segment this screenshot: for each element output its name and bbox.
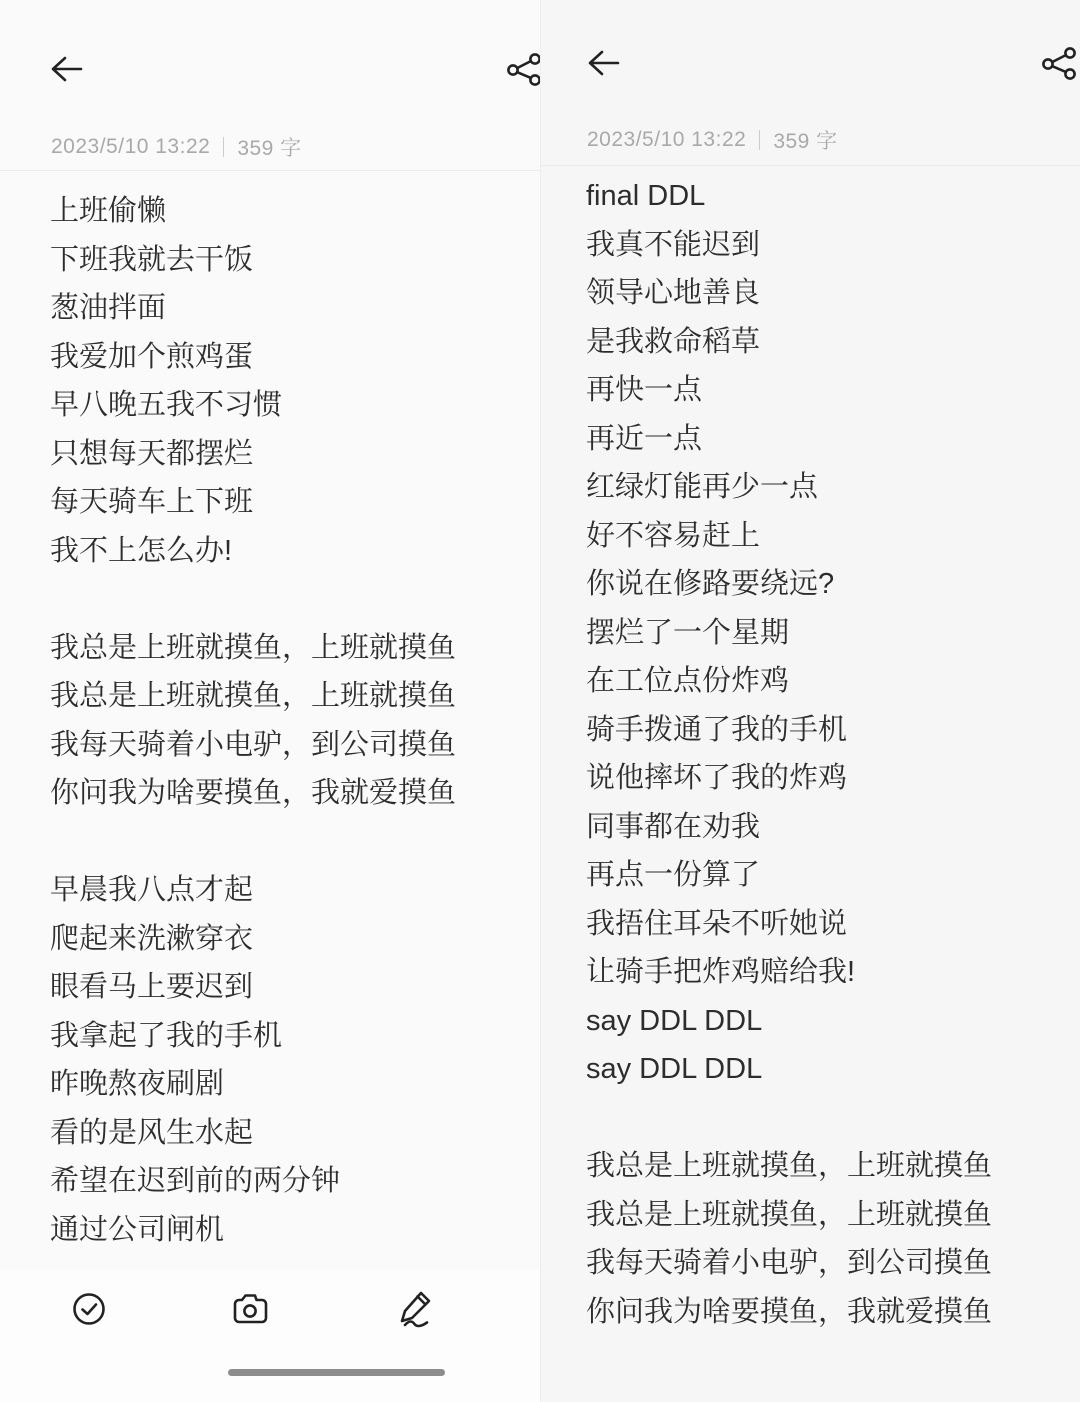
share-icon <box>1041 70 1079 85</box>
lyric-line: 是我救命稻草 <box>586 318 992 367</box>
lyric-line: 再近一点 <box>586 415 992 464</box>
lyric-line: say DDL DDL <box>586 997 992 1046</box>
note-body[interactable]: final DDL我真不能迟到领导心地善良是我救命稻草再快一点再近一点红绿灯能再… <box>586 172 992 1336</box>
lyric-line: 我不上怎么办! <box>50 527 456 576</box>
lyric-line: 昨晚熬夜刷剧 <box>50 1060 456 1109</box>
lyric-line: 我每天骑着小电驴，到公司摸鱼 <box>586 1239 992 1288</box>
lyric-line: 每天骑车上下班 <box>50 478 456 527</box>
note-screen-right: 2023/5/10 13:22 359 字 final DDL我真不能迟到领导心… <box>540 0 1080 1402</box>
back-button[interactable] <box>46 52 86 86</box>
note-date: 2023/5/10 13:22 <box>51 135 210 159</box>
note-date: 2023/5/10 13:22 <box>587 128 746 152</box>
lyric-line: 早晨我八点才起 <box>50 866 456 915</box>
lyric-line: 说他摔坏了我的炸鸡 <box>586 754 992 803</box>
back-arrow-icon <box>583 68 623 83</box>
lyric-line: 爬起来洗漱穿衣 <box>50 915 456 964</box>
camera-button[interactable] <box>232 1292 269 1325</box>
lyric-line: 摆烂了一个星期 <box>586 609 992 658</box>
todo-check-button[interactable] <box>72 1292 106 1326</box>
lyric-line: 希望在迟到前的两分钟 <box>50 1157 456 1206</box>
doodle-pen-button[interactable] <box>398 1289 435 1329</box>
lyric-line: 我真不能迟到 <box>586 221 992 270</box>
lyric-line: 我总是上班就摸鱼，上班就摸鱼 <box>50 624 456 673</box>
back-button[interactable] <box>583 46 623 80</box>
note-meta: 2023/5/10 13:22 359 字 <box>51 132 302 162</box>
lyric-line: 早八晚五我不习惯 <box>50 381 456 430</box>
lyric-line: final DDL <box>586 172 992 221</box>
signature-pen-icon <box>398 1317 435 1332</box>
lyric-line: 我总是上班就摸鱼，上班就摸鱼 <box>50 672 456 721</box>
lyric-line: 同事都在劝我 <box>586 803 992 852</box>
note-char-count: 359 字 <box>773 125 837 155</box>
lyric-line: 你说在修路要绕远? <box>586 560 992 609</box>
note-meta: 2023/5/10 13:22 359 字 <box>587 125 838 155</box>
lyric-line: say DDL DDL <box>586 1045 992 1094</box>
lyric-line: 眼看马上要迟到 <box>50 963 456 1012</box>
lyric-line: 我总是上班就摸鱼，上班就摸鱼 <box>586 1142 992 1191</box>
header-divider-line <box>541 165 1080 166</box>
lyric-line <box>50 575 456 624</box>
share-button[interactable] <box>506 52 540 88</box>
lyric-line: 骑手拨通了我的手机 <box>586 706 992 755</box>
share-button[interactable] <box>1041 46 1079 82</box>
note-screen-left: 2023/5/10 13:22 359 字 上班偷懒下班我就去干饭葱油拌面我爱加… <box>0 0 540 1402</box>
lyric-line: 上班偷懒 <box>50 187 456 236</box>
lyric-line: 再点一份算了 <box>586 851 992 900</box>
meta-divider <box>223 137 224 157</box>
home-indicator-bar[interactable] <box>228 1369 445 1376</box>
check-circle-icon <box>72 1314 106 1329</box>
lyric-line <box>586 1094 992 1143</box>
back-arrow-icon <box>46 74 86 89</box>
lyric-line: 让骑手把炸鸡赔给我! <box>586 948 992 997</box>
lyric-line: 通过公司闸机 <box>50 1206 456 1255</box>
lyric-line: 下班我就去干饭 <box>50 236 456 285</box>
lyric-line: 葱油拌面 <box>50 284 456 333</box>
lyric-line: 好不容易赶上 <box>586 512 992 561</box>
note-body[interactable]: 上班偷懒下班我就去干饭葱油拌面我爱加个煎鸡蛋早八晚五我不习惯只想每天都摆烂每天骑… <box>50 187 456 1254</box>
lyric-line: 再快一点 <box>586 366 992 415</box>
lyric-line: 你问我为啥要摸鱼，我就爱摸鱼 <box>586 1288 992 1337</box>
lyric-line: 只想每天都摆烂 <box>50 430 456 479</box>
lyric-line: 领导心地善良 <box>586 269 992 318</box>
share-icon <box>506 76 540 91</box>
bottom-toolbar <box>0 1270 540 1402</box>
header-divider-line <box>0 170 540 171</box>
lyric-line <box>50 818 456 867</box>
lyric-line: 在工位点份炸鸡 <box>586 657 992 706</box>
lyric-line: 我拿起了我的手机 <box>50 1012 456 1061</box>
lyric-line: 你问我为啥要摸鱼，我就爱摸鱼 <box>50 769 456 818</box>
lyric-line: 看的是风生水起 <box>50 1109 456 1158</box>
lyric-line: 我每天骑着小电驴，到公司摸鱼 <box>50 721 456 770</box>
lyric-line: 红绿灯能再少一点 <box>586 463 992 512</box>
lyric-line: 我爱加个煎鸡蛋 <box>50 333 456 382</box>
camera-icon <box>232 1313 269 1328</box>
lyric-line: 我总是上班就摸鱼，上班就摸鱼 <box>586 1191 992 1240</box>
note-char-count: 359 字 <box>237 132 301 162</box>
lyric-line: 我捂住耳朵不听她说 <box>586 900 992 949</box>
meta-divider <box>759 130 760 150</box>
